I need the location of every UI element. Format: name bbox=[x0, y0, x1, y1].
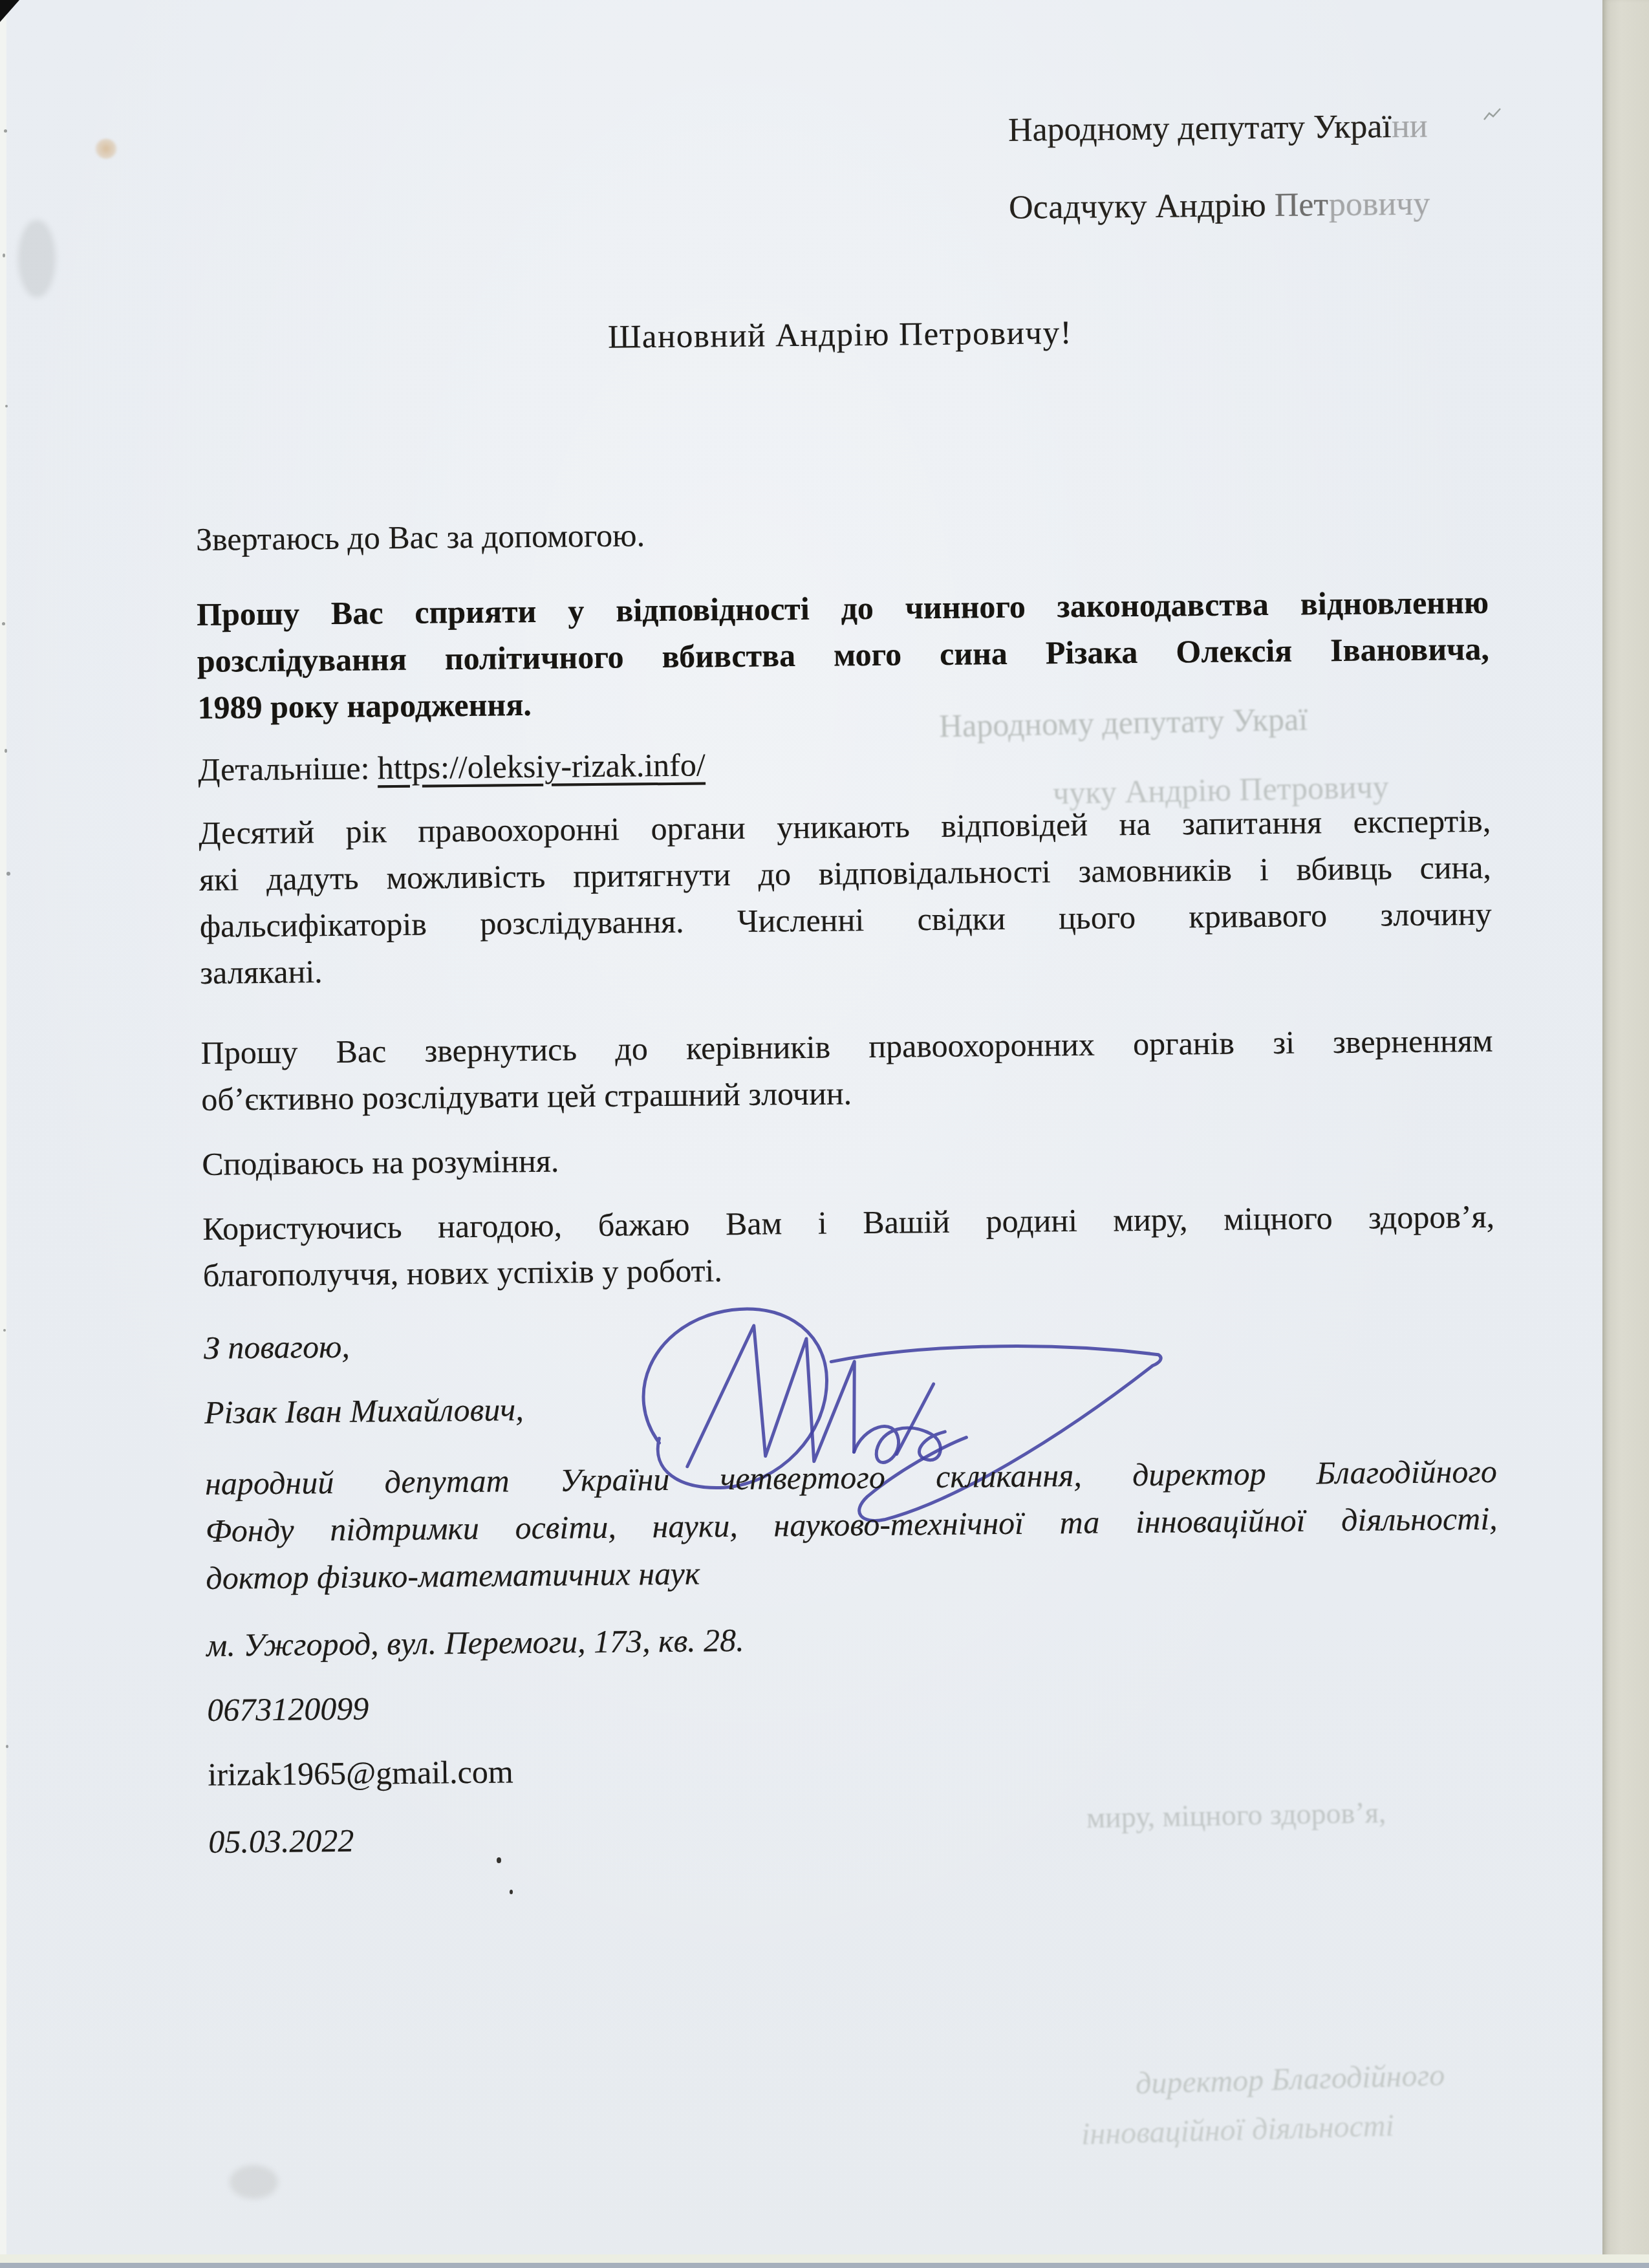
speck bbox=[4, 129, 7, 133]
addressee-name-mid: Пет bbox=[1274, 186, 1329, 224]
pen-tick-icon bbox=[1483, 107, 1502, 122]
body-line: Прошу Вас звернутись до керівників право… bbox=[200, 1020, 1493, 1074]
address-line: м. Ужгород, вул. Перемоги, 173, кв. 28. bbox=[206, 1612, 1499, 1666]
details-label: Детальніше: bbox=[198, 750, 378, 788]
email-line: irizak1965@gmail.com bbox=[208, 1742, 1500, 1795]
body-line: благополуччя, нових успіхів у роботі. bbox=[203, 1242, 1496, 1296]
scan-corner-mark bbox=[0, 0, 19, 22]
details-url: https://oleksiy-rizak.info/ bbox=[378, 746, 706, 786]
speck bbox=[2, 622, 5, 625]
request-line: 1989 року народження. bbox=[197, 675, 1490, 728]
body-line: Користуючись нагодою, бажаю Вам і Вашій … bbox=[202, 1196, 1495, 1249]
request-line: розслідування політичного вбивства мого … bbox=[197, 628, 1490, 682]
speck bbox=[6, 1745, 8, 1748]
request-line: Прошу Вас сприяти у відповідності до чин… bbox=[197, 581, 1489, 635]
body-line: фальсифікаторів розслідування. Численні … bbox=[199, 893, 1492, 947]
credentials-line: Фонду підтримки освіти, науки, науково-т… bbox=[205, 1498, 1498, 1551]
body-line: Десятий рік правоохоронні органи уникают… bbox=[199, 800, 1491, 854]
addressee-name-faded: ровичу bbox=[1328, 186, 1430, 224]
speck bbox=[5, 749, 7, 753]
body-line: які дадуть можливість притягнути до відп… bbox=[199, 847, 1492, 900]
stain bbox=[94, 138, 118, 159]
smudge bbox=[18, 220, 56, 297]
credentials-line: народний депутат України четвертого скли… bbox=[205, 1451, 1498, 1504]
paragraph-hope: Сподіваюсь на розуміння. bbox=[202, 1131, 1494, 1185]
body-line: об’єктивно розслідувати цей страшний зло… bbox=[201, 1066, 1494, 1120]
addressee-title-faded: ни bbox=[1392, 108, 1428, 146]
scanner-background-band bbox=[1602, 0, 1649, 2268]
addressee-title: Народному депутату Украї bbox=[1008, 108, 1392, 149]
addressee-name: Осадчуку Андрію bbox=[1009, 187, 1275, 226]
addressee-line-1: Народному депутату України bbox=[1008, 106, 1428, 151]
speck bbox=[3, 254, 5, 257]
phone-line: 0673120099 bbox=[207, 1677, 1500, 1731]
paper-left-edge bbox=[0, 0, 6, 2268]
scanned-letter-page: Народному депутату Украї чуку Андрію Пет… bbox=[0, 0, 1649, 2268]
details-line: Детальніше: https://oleksiy-rizak.info/ bbox=[198, 737, 1491, 790]
date-line: 05.03.2022 bbox=[208, 1809, 1501, 1863]
body-line: залякані. bbox=[200, 940, 1493, 993]
paragraph-opening: Звертаюсь до Вас за допомогою. bbox=[196, 506, 1489, 560]
speck bbox=[5, 405, 8, 407]
letter-content: Народному депутату України Осадчуку Андр… bbox=[191, 0, 1505, 2268]
addressee-line-2: Осадчуку Андрію Петровичу bbox=[1009, 184, 1430, 229]
speck bbox=[3, 1329, 6, 1332]
speck bbox=[6, 872, 10, 876]
salutation: Шановний Андрію Петровичу! bbox=[194, 308, 1487, 362]
credentials-line: доктор фізико-математичних наук bbox=[206, 1545, 1498, 1599]
